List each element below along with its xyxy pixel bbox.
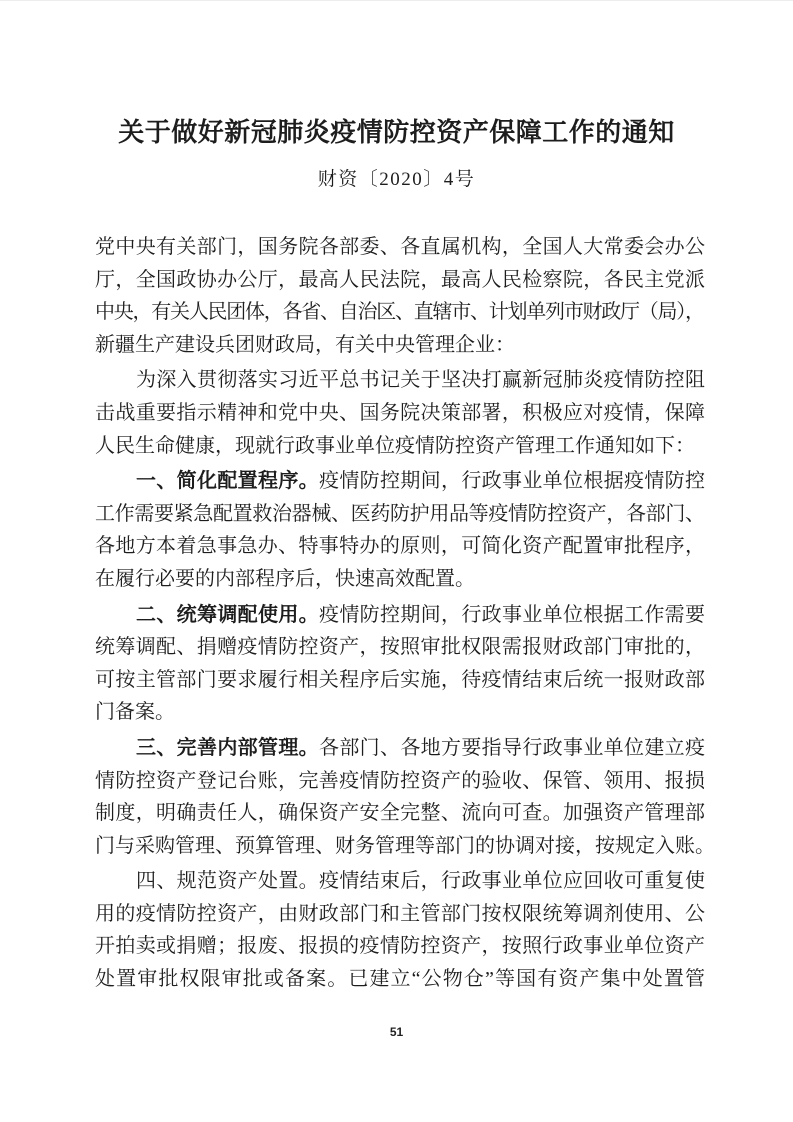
salutation-line: 新疆生产建设兵团财政局，有关中央管理企业： <box>95 329 705 362</box>
salutation-line: 厅，全国政协办公厅，最高人民法院，最高人民检察院，各民主党派 <box>95 264 705 297</box>
body-line: 人民生命健康，现就行政事业单位疫情防控资产管理工作通知如下： <box>95 430 705 463</box>
section-text: 疫情防控期间，行政事业单位根据疫情防控 <box>319 470 705 492</box>
section-2: 二、统筹调配使用。疫情防控期间，行政事业单位根据工作需要 统筹调配、捐赠疫情防控… <box>95 599 705 729</box>
body-line: 处置审批权限审批或备案。已建立“公物仓”等国有资产集中处置管 <box>95 963 705 996</box>
document-page: 关于做好新冠肺炎疫情防控资产保障工作的通知 财资〔2020〕4号 党中央有关部门… <box>0 0 793 1122</box>
intro-paragraph: 为深入贯彻落实习近平总书记关于坚决打赢新冠肺炎疫情防控阻 击战重要指示精神和党中… <box>95 364 705 462</box>
section-1: 一、简化配置程序。疫情防控期间，行政事业单位根据疫情防控 工作需要紧急配置救治器… <box>95 465 705 595</box>
section-text: 各部门、各地方要指导行政事业单位建立疫 <box>319 737 705 759</box>
section-heading: 一、简化配置程序。 <box>136 470 319 492</box>
section-heading: 二、统筹调配使用。 <box>136 604 319 626</box>
page-number: 51 <box>0 1025 793 1039</box>
section-3: 三、完善内部管理。各部门、各地方要指导行政事业单位建立疫 情防控资产登记台账，完… <box>95 732 705 862</box>
salutation-line: 中央，有关人民团体，各省、自治区、直辖市、计划单列市财政厅（局）， <box>95 296 705 329</box>
section-4: 四、规范资产处置。疫情结束后，行政事业单位应回收可重复使 用的疫情防控资产，由财… <box>95 865 705 995</box>
body-line: 用的疫情防控资产，由财政部门和主管部门按权限统筹调剂使用、公 <box>95 898 705 931</box>
body-line: 为深入贯彻落实习近平总书记关于坚决打赢新冠肺炎疫情防控阻 <box>95 364 705 397</box>
body-line: 一、简化配置程序。疫情防控期间，行政事业单位根据疫情防控 <box>95 465 705 498</box>
body-line: 击战重要指示精神和党中央、国务院决策部署，积极应对疫情，保障 <box>95 397 705 430</box>
body-line: 门备案。 <box>95 696 705 729</box>
section-text: 疫情防控期间，行政事业单位根据工作需要 <box>319 604 705 626</box>
salutation-line: 党中央有关部门，国务院各部委、各直属机构，全国人大常委会办公 <box>95 231 705 264</box>
body-line: 三、完善内部管理。各部门、各地方要指导行政事业单位建立疫 <box>95 732 705 765</box>
body-line: 各地方本着急事急办、特事特办的原则，可简化资产配置审批程序， <box>95 530 705 563</box>
body-line: 情防控资产登记台账，完善疫情防控资产的验收、保管、领用、报损 <box>95 765 705 798</box>
section-heading: 四、规范资产处置。 <box>136 870 319 892</box>
body-line: 可按主管部门要求履行相关程序后实施，待疫情结束后统一报财政部 <box>95 664 705 697</box>
body-line: 二、统筹调配使用。疫情防控期间，行政事业单位根据工作需要 <box>95 599 705 632</box>
section-text: 疫情结束后，行政事业单位应回收可重复使 <box>319 870 705 892</box>
body-line: 门与采购管理、预算管理、财务管理等部门的协调对接，按规定入账。 <box>95 830 705 863</box>
document-body: 党中央有关部门，国务院各部委、各直属机构，全国人大常委会办公 厅，全国政协办公厅… <box>95 231 705 996</box>
body-line: 工作需要紧急配置救治器械、医药防护用品等疫情防控资产，各部门、 <box>95 498 705 531</box>
document-number: 财资〔2020〕4号 <box>0 165 793 195</box>
body-line: 开拍卖或捐赠；报废、报损的疫情防控资产，按照行政事业单位资产 <box>95 930 705 963</box>
body-line: 四、规范资产处置。疫情结束后，行政事业单位应回收可重复使 <box>95 865 705 898</box>
salutation-paragraph: 党中央有关部门，国务院各部委、各直属机构，全国人大常委会办公 厅，全国政协办公厅… <box>95 231 705 361</box>
body-line: 制度，明确责任人，确保资产安全完整、流向可查。加强资产管理部 <box>95 797 705 830</box>
body-line: 统筹调配、捐赠疫情防控资产，按照审批权限需报财政部门审批的， <box>95 631 705 664</box>
document-title: 关于做好新冠肺炎疫情防控资产保障工作的通知 <box>0 113 793 153</box>
section-heading: 三、完善内部管理。 <box>136 737 319 759</box>
body-line: 在履行必要的内部程序后，快速高效配置。 <box>95 563 705 596</box>
